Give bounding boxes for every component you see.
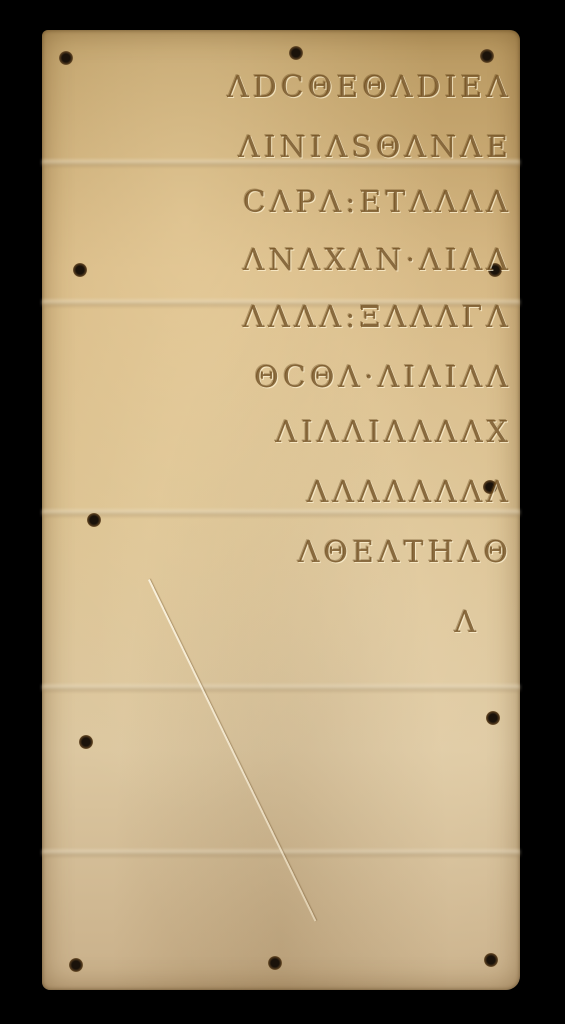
inscription-line: ΛΛΛΛ:ΞΛΛΛΓΛ (62, 300, 512, 335)
inscription-line: ΛΛΛΛΛΛΛΛ (62, 475, 512, 510)
nail-hole (69, 958, 83, 972)
fold-line (42, 685, 520, 691)
nail-hole (289, 46, 303, 60)
nail-hole (480, 49, 494, 63)
gold-tablet (42, 30, 520, 990)
photo-background: ΛDCΘEΘΛDIEΛ ΛINIΛSΘΛΝΛΕ CΛPΛ:ΕΤΛΛΛΛ ΛΝΛΧ… (0, 0, 565, 1024)
inscription-line: ΛΝΛΧΛΝ·ΛΙΛΛ (62, 243, 512, 278)
inscription-line: Λ (440, 605, 480, 640)
inscription-line: ΛINIΛSΘΛΝΛΕ (62, 130, 512, 165)
inscription-line: ΛΘΕΛΤΗΛΘ (62, 535, 512, 570)
nail-hole (87, 513, 101, 527)
inscription-line: ΛΙΛΛΙΛΛΛΛΧ (62, 415, 512, 450)
nail-hole (484, 953, 498, 967)
inscription-line: CΛPΛ:ΕΤΛΛΛΛ (62, 185, 512, 220)
nail-hole (79, 735, 93, 749)
fold-line (42, 510, 520, 516)
nail-hole (268, 956, 282, 970)
nail-hole (486, 711, 500, 725)
nail-hole (59, 51, 73, 65)
inscription-line: ΘCΘΛ·ΛΙΛΙΛΛ (62, 360, 512, 395)
inscription-line: ΛDCΘEΘΛDIEΛ (62, 70, 512, 105)
